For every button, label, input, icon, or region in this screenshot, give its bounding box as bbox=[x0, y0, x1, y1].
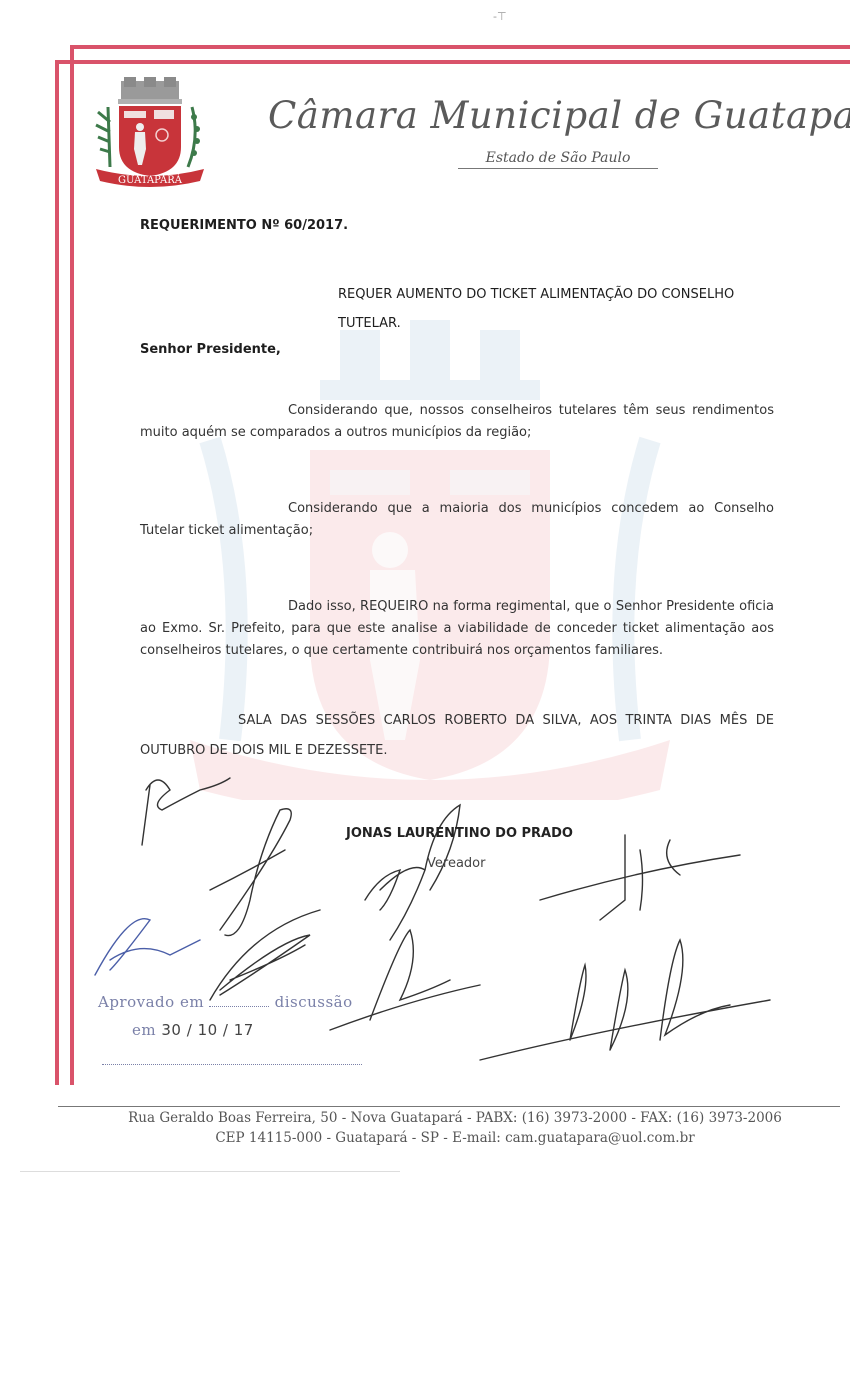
stamp-approved-line: Aprovado em discussão bbox=[98, 993, 353, 1011]
svg-text:GUATAPARÁ: GUATAPARÁ bbox=[118, 174, 183, 186]
subject: REQUER AUMENTO DO TICKET ALIMENTAÇÃO DO … bbox=[338, 280, 774, 338]
frame-line-inner-top bbox=[55, 60, 850, 64]
footer-address: Rua Geraldo Boas Ferreira, 50 - Nova Gua… bbox=[60, 1108, 850, 1128]
frame-line-inner-left bbox=[55, 60, 59, 1085]
signer-role: Vereador bbox=[427, 856, 485, 871]
paragraph-2: Considerando que a maioria dos município… bbox=[140, 498, 774, 542]
signer-name: JONAS LAURENTINO DO PRADO bbox=[346, 826, 573, 841]
paragraph-1: Considerando que, nossos conselheiros tu… bbox=[140, 400, 774, 444]
subject-line-1: REQUER AUMENTO DO TICKET ALIMENTAÇÃO DO … bbox=[338, 280, 774, 309]
footer-contact: CEP 14115-000 - Guatapará - SP - E-mail:… bbox=[60, 1128, 850, 1148]
frame-line-outer-top bbox=[70, 45, 850, 49]
footer-divider bbox=[58, 1106, 840, 1107]
requirement-number: REQUERIMENTO Nº 60/2017. bbox=[140, 218, 348, 233]
coat-of-arms-logo: GUATAPARÁ bbox=[88, 77, 212, 193]
scan-mark: -⊤ bbox=[493, 10, 507, 23]
frame-line-outer-left bbox=[70, 45, 74, 1085]
subject-line-2: TUTELAR. bbox=[338, 309, 774, 338]
greeting: Senhor Presidente, bbox=[140, 342, 281, 357]
paragraph-3: Dado isso, REQUEIRO na forma regimental,… bbox=[140, 596, 774, 662]
footer: Rua Geraldo Boas Ferreira, 50 - Nova Gua… bbox=[60, 1108, 850, 1148]
approval-stamp: Aprovado em discussão em 30 / 10 / 17 bbox=[98, 990, 378, 1090]
institution-state: Estado de São Paulo bbox=[458, 150, 658, 169]
stamp-date-line: em 30 / 10 / 17 bbox=[132, 1021, 254, 1039]
page-bottom-rule bbox=[20, 1171, 400, 1172]
stamp-secretary-line bbox=[102, 1056, 362, 1065]
institution-title: Câmara Municipal de Guatapará bbox=[268, 94, 848, 137]
stamp-date: 30 / 10 / 17 bbox=[161, 1021, 253, 1039]
closing-statement: SALA DAS SESSÕES CARLOS ROBERTO DA SILVA… bbox=[140, 706, 774, 766]
